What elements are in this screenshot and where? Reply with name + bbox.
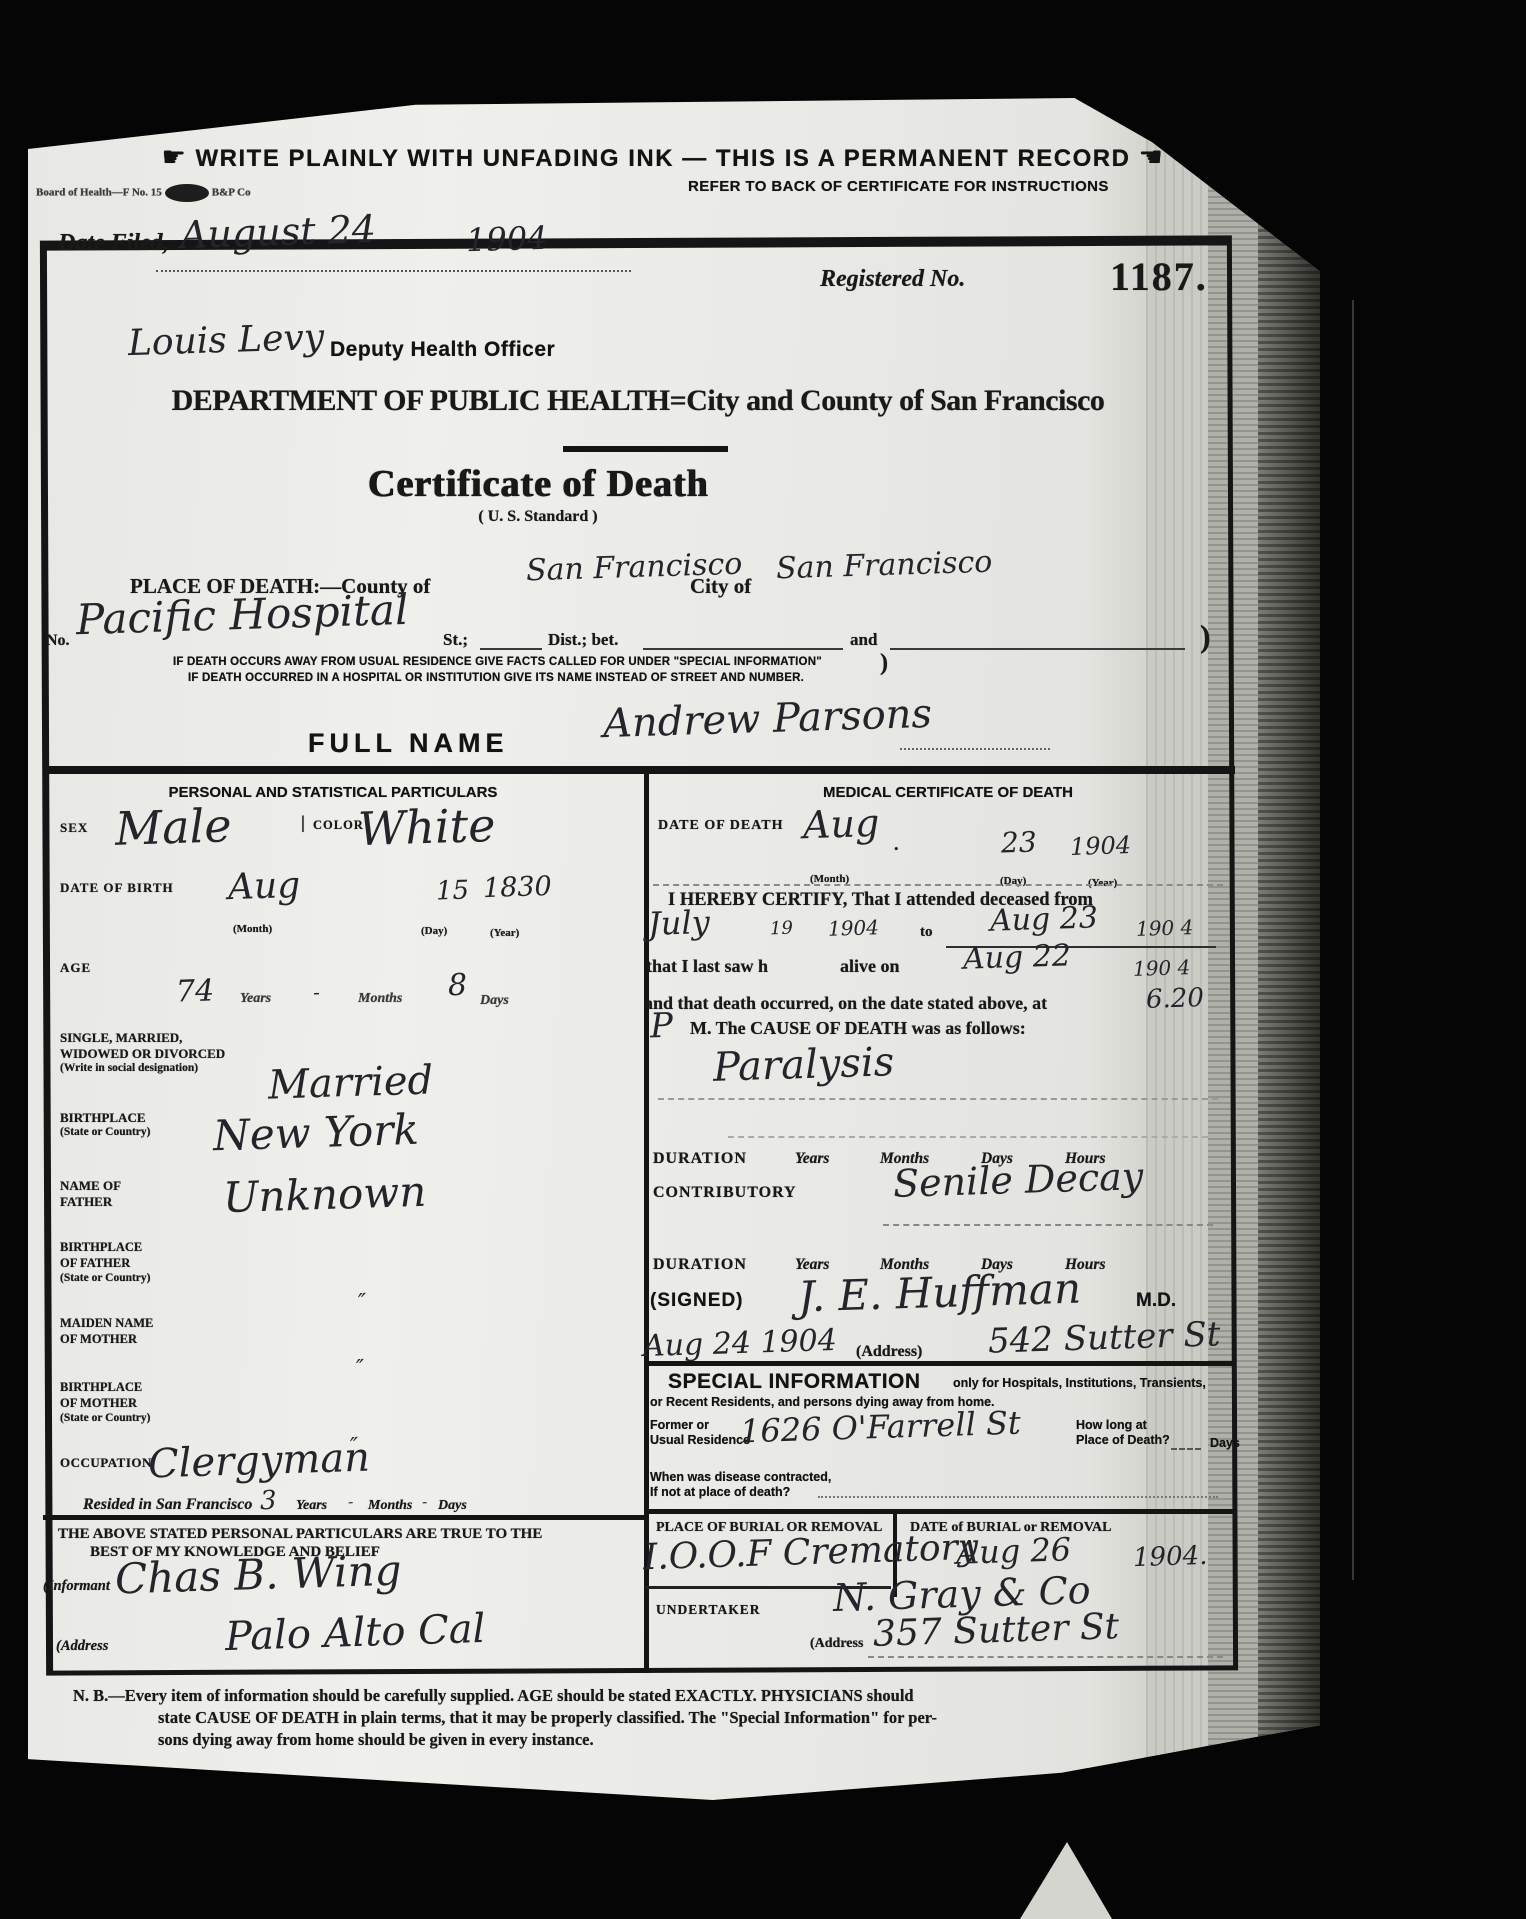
st-label: St.;: [443, 630, 468, 650]
dob-day-caption: (Day): [421, 925, 447, 937]
occupation-label: OCCUPATION: [60, 1455, 152, 1471]
mother-birthplace-label-3: (State or Country): [60, 1412, 151, 1424]
dist-label: Dist.; bet.: [548, 630, 618, 650]
informant-label: (Informant: [43, 1578, 110, 1595]
special-title: SPECIAL INFORMATION: [668, 1370, 921, 1394]
father-name-label-1: NAME OF: [60, 1178, 121, 1194]
resided-years-caption: Years: [296, 1498, 327, 1514]
mother-birthplace-label-1: BIRTHPLACE: [60, 1380, 142, 1395]
resided-days-value: -: [422, 1492, 428, 1511]
sex-value: Male: [114, 798, 232, 856]
dod-year-value: 1904: [1070, 831, 1132, 861]
cause-rule-1: [658, 1098, 1218, 1100]
father-birthplace-label-1: BIRTHPLACE: [60, 1240, 142, 1255]
informant-name: Chas B. Wing: [114, 1546, 402, 1604]
marital-label-1: SINGLE, MARRIED,: [60, 1030, 182, 1046]
contracted-rule: [818, 1496, 1218, 1498]
contracted-label-2: If not at place of death?: [650, 1485, 790, 1499]
last-saw-label-2: alive on: [840, 956, 900, 977]
date-filed-year: 1904: [465, 219, 548, 260]
former-residence-label-2: Usual Residence: [650, 1433, 750, 1447]
affirmation-divider: [43, 1515, 644, 1520]
full-name-rule: [900, 748, 1050, 750]
contributory-value: Senile Decay: [892, 1154, 1143, 1206]
pointing-hand-left-icon: ☚: [1139, 142, 1165, 173]
scanned-death-certificate: ☛ WRITE PLAINLY WITH UNFADING INK — THIS…: [0, 0, 1526, 1919]
date-filed-value: August 24: [179, 207, 376, 257]
health-officer-signature: Louis Levy: [127, 317, 324, 364]
father-name-label-2: FATHER: [60, 1194, 112, 1210]
footnote-line-2: state CAUSE OF DEATH in plain terms, tha…: [158, 1708, 937, 1728]
residence-note-2: IF DEATH OCCURRED IN A HOSPITAL OR INSTI…: [188, 672, 804, 684]
medical-section-title: MEDICAL CERTIFICATE OF DEATH: [678, 784, 1218, 801]
special-divider: [646, 1361, 1235, 1366]
howlong-label-2: Place of Death?: [1076, 1433, 1170, 1447]
physician-signature: J. E. Huffman: [797, 1264, 1081, 1322]
age-days-caption: Days: [480, 993, 509, 1009]
age-years-value: 74: [175, 973, 214, 1009]
department-title: DEPARTMENT OF PUBLIC HEALTH=City and Cou…: [58, 384, 1218, 418]
age-label: AGE: [60, 960, 91, 976]
burial-date-value: Aug 26: [955, 1530, 1071, 1572]
certificate-title: Certificate of Death: [208, 462, 868, 506]
dob-year-caption: (Year): [490, 927, 519, 939]
resided-months-caption: Months: [368, 1498, 412, 1514]
refer-note: REFER TO BACK OF CERTIFICATE FOR INSTRUC…: [688, 178, 1109, 195]
signed-label: (SIGNED): [650, 1290, 744, 1312]
full-name-label: FULL NAME: [308, 728, 509, 759]
duration-label-1: DURATION: [653, 1150, 747, 1168]
color-divider-tick: |: [301, 812, 305, 833]
meridian-value: P: [649, 1006, 673, 1047]
date-filed-label: Date Filed,: [58, 230, 169, 257]
cause-rule-2: [728, 1136, 1208, 1138]
contributory-label: CONTRIBUTORY: [653, 1184, 797, 1202]
contracted-label-1: When was disease contracted,: [650, 1470, 831, 1484]
resided-label: Resided in San Francisco: [83, 1496, 252, 1514]
death-occurred-label: and that death occurred, on the date sta…: [644, 993, 1047, 1014]
mother-birthplace-label-2: OF MOTHER: [60, 1396, 137, 1411]
father-birthplace-label-3: (State or Country): [60, 1272, 151, 1284]
undertaker-address-label: (Address: [810, 1636, 863, 1652]
place-city-label: City of: [690, 574, 751, 599]
and-label: and: [850, 630, 877, 650]
burial-date-year: 1904.: [1133, 1541, 1208, 1573]
form-reference: Board of Health—F No. 15B&P Co: [36, 184, 251, 202]
contributory-rule: [883, 1224, 1213, 1226]
footnote-line-3: sons dying away from home should be give…: [158, 1730, 594, 1750]
printer-oval-stamp: [165, 184, 209, 202]
st-rule: [480, 648, 542, 650]
dob-year-value: 1830: [483, 871, 553, 904]
date-filed-rule: [156, 270, 631, 272]
last-saw-year: 190 4: [1133, 955, 1191, 981]
color-value: White: [357, 798, 496, 856]
closing-paren: ): [1200, 618, 1211, 655]
and-rule: [890, 648, 1185, 650]
father-name-value: Unknown: [222, 1167, 427, 1222]
dod-period: .: [894, 834, 899, 855]
resided-months-value: -: [348, 1492, 354, 1511]
street-no-label: No.: [46, 632, 70, 650]
place-city-value: San Francisco: [776, 545, 993, 587]
attended-to-value: Aug 23: [989, 900, 1098, 938]
dod-label: DATE OF DEATH: [658, 818, 784, 834]
footnote-line-1: N. B.—Every item of information should b…: [73, 1686, 914, 1706]
undertaker-label: UNDERTAKER: [656, 1602, 761, 1618]
registered-no-label: Registered No.: [820, 266, 965, 293]
physician-address-label: (Address): [856, 1343, 922, 1361]
duration-label-2: DURATION: [653, 1256, 747, 1274]
howlong-label-1: How long at: [1076, 1418, 1147, 1432]
age-months-value: -: [313, 980, 321, 1004]
marital-value: Married: [267, 1057, 433, 1108]
attended-from-day: 19: [770, 918, 794, 940]
mother-name-label-1: MAIDEN NAME: [60, 1316, 153, 1331]
page-stack-strip: [1258, 98, 1320, 1800]
occupation-value: Clergyman: [147, 1435, 370, 1488]
color-label: COLOR: [313, 818, 364, 833]
institution-value: Pacific Hospital: [75, 585, 409, 644]
mother-name-label-2: OF MOTHER: [60, 1332, 137, 1347]
affirmation-line-1: THE ABOVE STATED PERSONAL PARTICULARS AR…: [58, 1526, 542, 1543]
father-birthplace-ditto: ″: [358, 1290, 367, 1315]
attended-from-value: July: [647, 903, 710, 943]
dod-month-value: Aug: [802, 801, 880, 847]
informant-address: Palo Alto Cal: [224, 1606, 486, 1660]
dob-day-value: 15: [436, 875, 470, 906]
age-months-caption: Months: [358, 991, 402, 1007]
residence-note-1: IF DEATH OCCURS AWAY FROM USUAL RESIDENC…: [173, 656, 822, 668]
burial-divider: [646, 1509, 1235, 1514]
attended-from-year: 1904: [828, 915, 880, 941]
resided-days-caption: Days: [438, 1498, 467, 1514]
note-paren: ): [880, 650, 888, 677]
cause-of-death-label: M. The CAUSE OF DEATH was as follows:: [690, 1018, 1026, 1039]
dist-rule: [643, 648, 843, 650]
birthplace-label-1: BIRTHPLACE: [60, 1110, 146, 1126]
certificate-subtitle: ( U. S. Standard ): [208, 508, 868, 526]
under-page-corner: [1012, 1842, 1112, 1919]
birthplace-value: New York: [212, 1105, 419, 1160]
md-label: M.D.: [1136, 1290, 1176, 1312]
dod-separator: [653, 884, 1223, 886]
death-time-value: 6.20: [1146, 983, 1205, 1015]
title-divider: [563, 446, 728, 452]
to-label: to: [920, 924, 933, 941]
certificate-page: ☛ WRITE PLAINLY WITH UNFADING INK — THIS…: [28, 98, 1320, 1800]
last-saw-label: that I last saw h: [646, 956, 768, 977]
special-subtitle-1: only for Hospitals, Institutions, Transi…: [953, 1376, 1206, 1390]
section-divider: [43, 766, 1235, 774]
physician-address-value: 542 Sutter St: [987, 1314, 1221, 1361]
undertaker-address-value: 357 Sutter St: [872, 1606, 1119, 1655]
form-ref-text: Board of Health—F No. 15: [36, 187, 162, 199]
banner-text: WRITE PLAINLY WITH UNFADING INK — THIS I…: [196, 145, 1131, 172]
age-years-caption: Years: [240, 991, 271, 1007]
howlong-rule: [1171, 1448, 1201, 1450]
marital-label-2: WIDOWED OR DIVORCED: [60, 1046, 225, 1062]
dob-label: DATE OF BIRTH: [60, 880, 174, 896]
dob-month-caption: (Month): [233, 923, 272, 935]
banner-row: ☛ WRITE PLAINLY WITH UNFADING INK — THIS…: [83, 142, 1243, 173]
former-residence-label-1: Former or: [650, 1418, 709, 1432]
marital-label-3: (Write in social designation): [60, 1062, 198, 1074]
duration1-years: Years: [795, 1150, 829, 1168]
health-officer-title: Deputy Health Officer: [330, 338, 555, 362]
attended-to-year: 190 4: [1136, 915, 1194, 941]
pointing-hand-right-icon: ☛: [162, 142, 188, 173]
howlong-days-label: Days: [1210, 1436, 1240, 1450]
signed-date-value: Aug 24 1904: [642, 1323, 837, 1364]
printer-mark: B&P Co: [212, 187, 251, 199]
mother-name-ditto: ″: [356, 1356, 365, 1381]
dod-year-caption: (Year): [1088, 877, 1117, 889]
registered-no-value: 1187.: [1110, 253, 1208, 300]
resided-years-value: 3: [260, 1486, 277, 1517]
dod-day-value: 23: [1000, 825, 1037, 859]
age-days-value: 8: [447, 968, 467, 1004]
birthplace-label-2: (State or Country): [60, 1126, 151, 1138]
page-edge-highlight: [1352, 300, 1354, 1580]
undertaker-address-rule: [868, 1656, 1223, 1658]
last-saw-value: Aug 22: [962, 938, 1071, 976]
dob-month-value: Aug: [227, 865, 300, 908]
father-birthplace-label-2: OF FATHER: [60, 1256, 130, 1271]
informant-address-label: (Address: [56, 1638, 108, 1655]
cause-of-death-value: Paralysis: [712, 1039, 895, 1091]
sex-label: SEX: [60, 820, 88, 836]
